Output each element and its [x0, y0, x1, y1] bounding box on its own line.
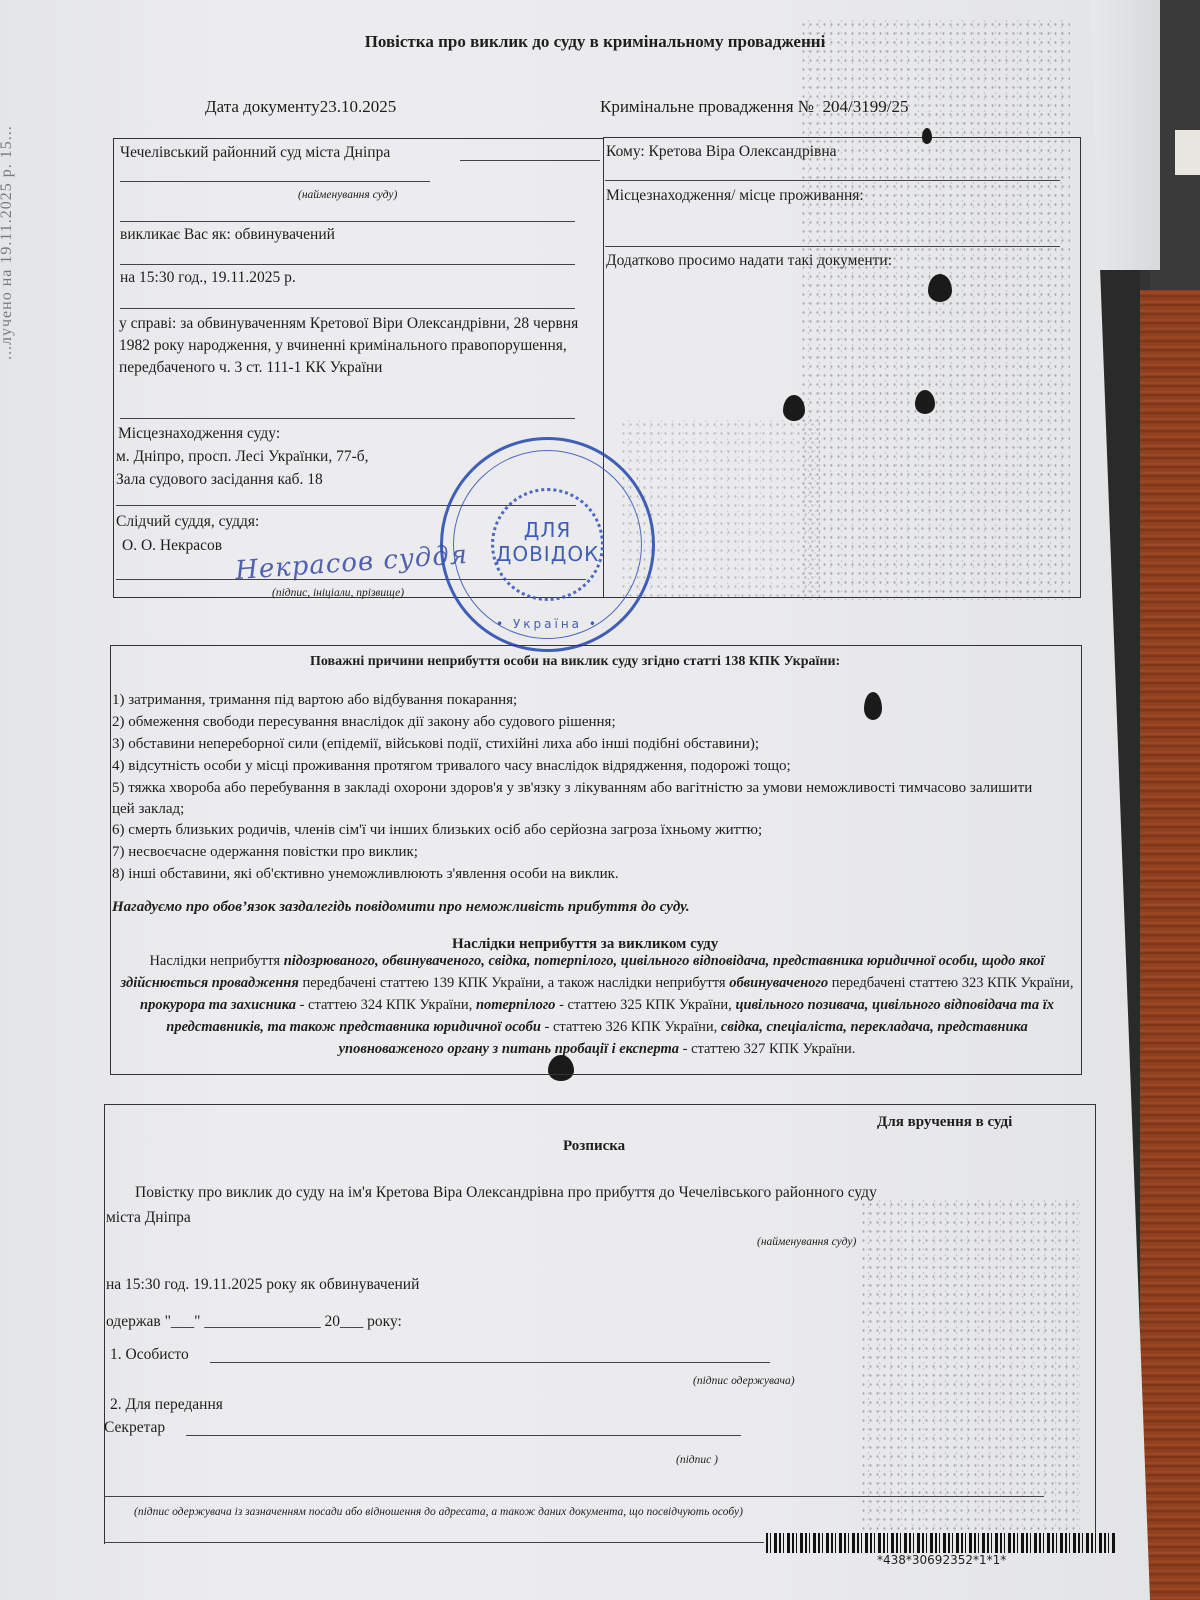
- recipient-signature-caption: (підпис одержувача): [693, 1371, 795, 1391]
- date-label: Дата документу: [205, 97, 320, 116]
- reasons-title: Поважні причини неприбуття особи на викл…: [310, 652, 840, 672]
- recipient-name: Кому: Кретова Віра Олександрівна: [606, 142, 837, 162]
- consequences-text: Наслідки неприбуття підозрюваного, обвин…: [112, 950, 1082, 1060]
- consequences-segment: - статтею 326 КПК України,: [541, 1019, 721, 1035]
- receipt-datetime: на 15:30 год. 19.11.2025 року як обвинув…: [106, 1275, 419, 1295]
- consequences-segment: передбачені статтею 139 КПК України, а т…: [299, 975, 729, 991]
- stamp-country: • Україна •: [443, 617, 652, 631]
- divider: [120, 264, 575, 265]
- court-location-label: Місцезнаходження суду:: [118, 424, 280, 444]
- reminder-text: Нагадуємо про обов’язок заздалегідь пові…: [112, 897, 690, 917]
- background-wooden-table: [1140, 290, 1200, 1600]
- ink-blot: [915, 390, 935, 414]
- stamp-center-text: ДЛЯ ДОВІДОК: [443, 518, 652, 566]
- side-text: ...лучено на 19.11.2025 р. 15...: [0, 20, 20, 360]
- stamp-line-2: ДОВІДОК: [443, 542, 652, 566]
- underline: [120, 181, 430, 182]
- bottom-caption: (підпис одержувача із зазначенням посади…: [134, 1502, 743, 1522]
- documents-label: Додатково просимо надати такі документи:: [606, 251, 892, 271]
- date-value: 23.10.2025: [320, 97, 397, 116]
- summoned-as: викликає Вас як: обвинувачений: [120, 225, 335, 245]
- reason-item: 3) обставини непереборної сили (епідемії…: [112, 734, 759, 754]
- consequences-segment: Наслідки неприбуття: [149, 953, 283, 969]
- barcode-number: *438*30692352*1*1*: [877, 1553, 1006, 1567]
- divider: [120, 221, 575, 222]
- consequences-segment: обвинуваченого: [729, 975, 828, 991]
- court-address: м. Дніпро, просп. Лесі Українки, 77-б,: [116, 447, 369, 467]
- consequences-segment: - статтею 327 КПК України.: [679, 1041, 855, 1057]
- bottom-line: [104, 1542, 764, 1543]
- receipt-received-date: одержав "___" _______________ 20___ року…: [106, 1312, 402, 1332]
- barcode: [766, 1533, 1116, 1553]
- transfer-label: 2. Для передання: [110, 1395, 223, 1415]
- consequences-segment: прокурора та захисника: [140, 997, 296, 1013]
- receipt-court-city: міста Дніпра: [106, 1208, 191, 1228]
- reason-item: 7) несвоєчасне одержання повістки про ви…: [112, 842, 418, 862]
- consequences-segment: потерпілого: [476, 997, 555, 1013]
- ink-blot: [922, 128, 932, 144]
- personal-signature-line[interactable]: [210, 1362, 770, 1363]
- reason-item: 2) обмеження свободи пересування внаслід…: [112, 712, 616, 732]
- residence-label: Місцезнаходження/ місце проживання:: [606, 186, 864, 206]
- divider: [120, 308, 575, 309]
- reason-item: 5) тяжка хвороба або перебування в закла…: [112, 778, 1052, 820]
- secretary-signature-line[interactable]: [186, 1435, 741, 1436]
- reason-item: 8) інші обставини, які об'єктивно унемож…: [112, 864, 619, 884]
- judge-label: Слідчий суддя, суддя:: [116, 512, 259, 532]
- for-court-label: Для вручення в суді: [877, 1112, 1012, 1132]
- stamp-line-1: ДЛЯ: [443, 518, 652, 542]
- court-name-caption: (найменування суду): [298, 185, 397, 205]
- summons-document: ...лучено на 19.11.2025 р. 15... Повістк…: [0, 0, 1150, 1600]
- case-matter: у справі: за обвинуваченням Кретової Вір…: [119, 313, 599, 379]
- secretary-signature-caption: (підпис ): [676, 1450, 718, 1470]
- divider: [605, 246, 1060, 247]
- reason-item: 1) затримання, тримання під вартою або в…: [112, 690, 517, 710]
- consequences-segment: - статтею 324 КПК України,: [296, 997, 476, 1013]
- personal-label: 1. Особисто: [110, 1345, 189, 1365]
- secretary-label: Секретар: [104, 1418, 165, 1438]
- consequences-segment: передбачені статтею 323 КПК України,: [828, 975, 1073, 991]
- signature-caption: (підпис, ініціали, прізвище): [272, 583, 404, 603]
- ink-blot: [928, 274, 952, 302]
- case-number-value: 204/3199/25: [823, 97, 909, 116]
- recipient-details-line[interactable]: [104, 1496, 1044, 1497]
- document-date: Дата документу23.10.2025: [205, 97, 396, 117]
- divider: [120, 418, 575, 419]
- ink-blot: [783, 395, 805, 421]
- document-title: Повістка про виклик до суду в кримінальн…: [0, 32, 1190, 52]
- case-number: Кримінальне провадження № 204/3199/25: [600, 97, 908, 117]
- receipt-court-caption: (найменування суду): [757, 1232, 856, 1252]
- case-label: Кримінальне провадження №: [600, 97, 814, 116]
- background-object: [1175, 130, 1200, 175]
- court-name: Чечелівський районний суд міста Дніпра: [120, 143, 390, 163]
- courtroom: Зала судового засідання каб. 18: [116, 470, 323, 490]
- reason-item: 6) смерть близьких родичів, членів сім'ї…: [112, 820, 762, 840]
- court-stamp: ДЛЯ ДЛЯ ДОВІДОК • Україна •: [440, 437, 655, 652]
- recipient-box: [603, 137, 1081, 598]
- underline: [460, 160, 600, 161]
- divider: [605, 180, 1060, 181]
- receipt-title: Розписка: [563, 1136, 625, 1156]
- reason-item: 4) відсутність особи у місці проживання …: [112, 756, 791, 776]
- receipt-summons-line: Повістку про виклик до суду на ім'я Крет…: [135, 1183, 877, 1203]
- judge-name: О. О. Некрасов: [122, 536, 222, 556]
- hearing-datetime: на 15:30 год., 19.11.2025 р.: [120, 268, 296, 288]
- consequences-segment: - статтею 325 КПК України,: [555, 997, 735, 1013]
